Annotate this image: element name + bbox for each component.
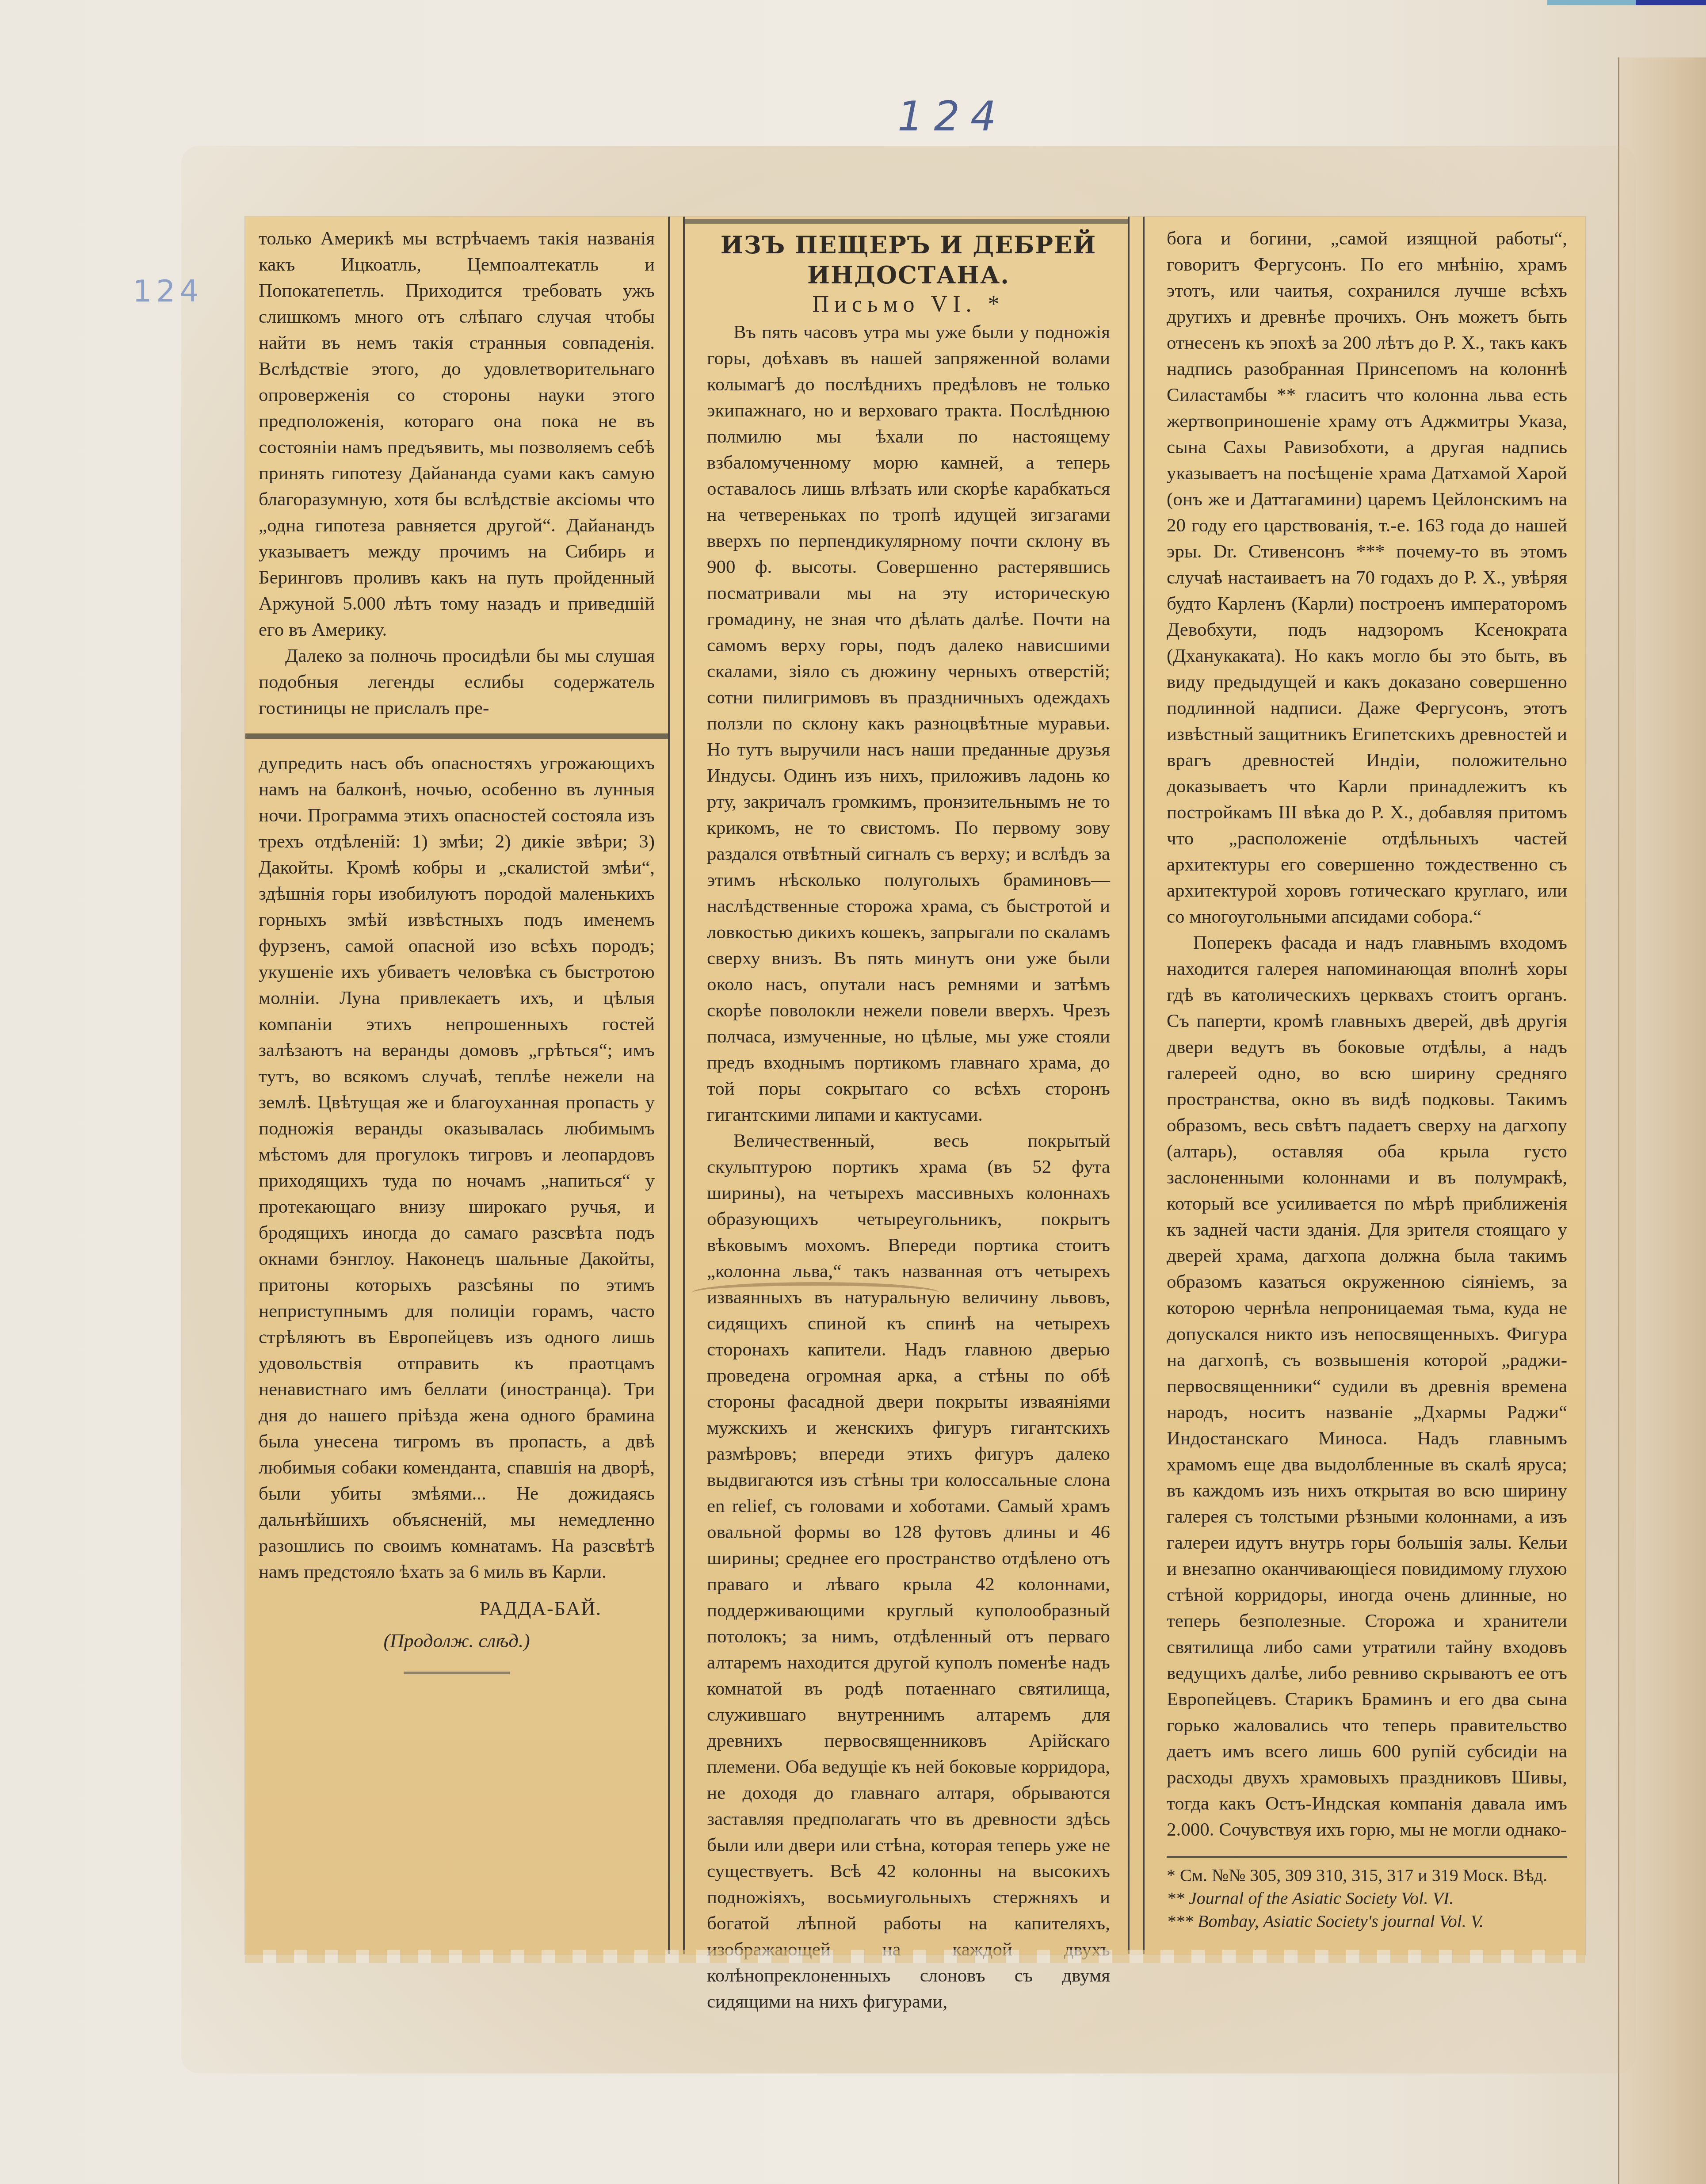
author-signature: РАДДА-БАЙ. <box>259 1596 655 1622</box>
column-divider-rule <box>245 733 668 739</box>
paragraph: Въ пять часовъ утра мы уже были у поднож… <box>707 319 1110 1128</box>
paragraph: только Америкѣ мы встрѣчаемъ такія назва… <box>259 225 655 643</box>
end-rule <box>404 1672 510 1674</box>
paragraph: Далеко за полночь просидѣли бы мы слушая… <box>259 643 655 721</box>
footnote: *** Bombay, Asiatic Society's journal Vo… <box>1167 1910 1567 1933</box>
newspaper-clipping: только Америкѣ мы встрѣчаемъ такія назва… <box>245 217 1585 1954</box>
handwritten-page-number: 124 <box>897 93 1007 140</box>
footnotes: * См. №№ 305, 309 310, 315, 317 и 319 Мо… <box>1167 1856 1567 1933</box>
column-right: бога и богини, „самой изящной работы“, г… <box>1143 217 1585 1954</box>
column-middle: ИЗЪ ПЕЩЕРЪ И ДЕБРЕЙ ИНДОСТАНА. Письмо VI… <box>683 217 1130 1954</box>
article-headline: ИЗЪ ПЕЩЕРЪ И ДЕБРЕЙ ИНДОСТАНА. <box>707 230 1110 290</box>
paper-crease <box>692 1282 939 1303</box>
letter-title: Письмо VI. * <box>707 290 1110 319</box>
paragraph: дупредить насъ объ опасностяхъ угрожающи… <box>259 750 655 1585</box>
footnote: ** Journal of the Asiatic Society Vol. V… <box>1167 1887 1567 1910</box>
footnote: * См. №№ 305, 309 310, 315, 317 и 319 Мо… <box>1167 1864 1567 1887</box>
paragraph: бога и богини, „самой изящной работы“, г… <box>1167 225 1567 930</box>
paragraph: Поперекъ фасада и надъ главнымъ входомъ … <box>1167 930 1567 1843</box>
background-teal-strip <box>1547 0 1636 5</box>
paragraph: Величественный, весь покрытый скульптуро… <box>707 1128 1110 2015</box>
column-left: только Америкѣ мы встрѣчаемъ такія назва… <box>245 217 670 1954</box>
to-be-continued-note: (Продолж. слѣд.) <box>259 1628 655 1654</box>
pencil-margin-number: 124 <box>133 274 203 309</box>
torn-bottom-edge <box>245 1950 1585 1963</box>
header-rule <box>685 219 1128 224</box>
